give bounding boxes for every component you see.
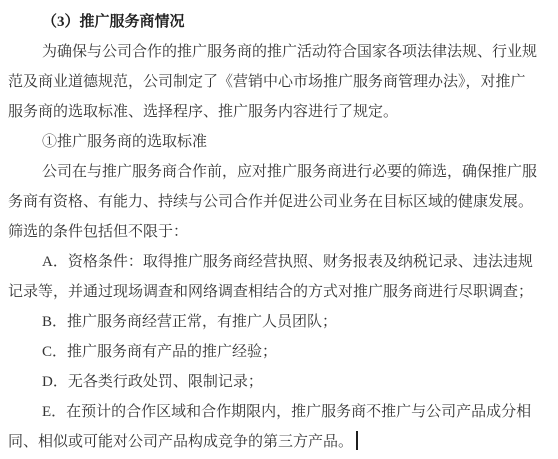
text-cursor: | [356, 431, 358, 450]
document-line[interactable]: 记录等，并通过现场调查和网络调查相结合的方式对推广服务商进行尽职调查； [8, 277, 528, 307]
document-line[interactable]: 范及商业道德规范，公司制定了《营销中心市场推广服务商管理办法》，对推广 [8, 67, 528, 97]
section-heading[interactable]: （3）推广服务商情况 [8, 7, 528, 37]
list-item-b[interactable]: B．推广服务商经营正常，有推广人员团队； [8, 307, 528, 337]
sub-heading[interactable]: ①推广服务商的选取标准 [8, 127, 528, 157]
document-line-text: 同、相似或可能对公司产品构成竞争的第三方产品。 [8, 434, 353, 450]
list-item-d[interactable]: D．无各类行政处罚、限制记录； [8, 367, 528, 397]
document-line[interactable]: 服务商的选取标准、选择程序、推广服务内容进行了规定。 [8, 97, 528, 127]
document-line[interactable]: 同、相似或可能对公司产品构成竞争的第三方产品。| [8, 427, 528, 457]
document-page[interactable]: （3）推广服务商情况 为确保与公司合作的推广服务商的推广活动符合国家各项法律法规… [0, 0, 558, 459]
list-item-c[interactable]: C．推广服务商有产品的推广经验； [8, 337, 528, 367]
document-line[interactable]: 务商有资格、有能力、持续与公司合作并促进公司业务在目标区域的健康发展。 [8, 187, 528, 217]
document-line[interactable]: 筛选的条件包括但不限于： [8, 217, 528, 247]
document-line[interactable]: 为确保与公司合作的推广服务商的推广活动符合国家各项法律法规、行业规 [8, 37, 528, 67]
list-item-e[interactable]: E．在预计的合作区域和合作期限内，推广服务商不推广与公司产品成分相 [8, 397, 528, 427]
list-item-a[interactable]: A．资格条件：取得推广服务商经营执照、财务报表及纳税记录、违法违规 [8, 247, 528, 277]
document-line[interactable]: 公司在与推广服务商合作前，应对推广服务商进行必要的筛选，确保推广服 [8, 157, 528, 187]
